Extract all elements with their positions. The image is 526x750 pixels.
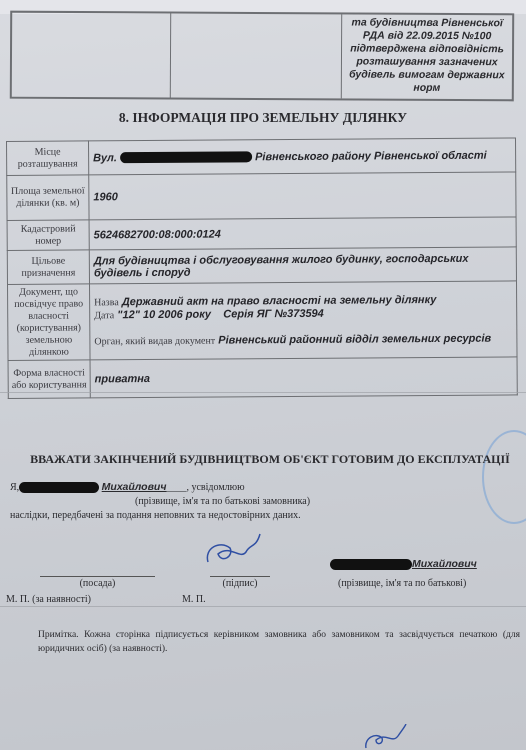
position-caption: (посада)	[40, 578, 155, 589]
location-value: Вул. Рівненського району Рівненської обл…	[89, 138, 516, 175]
purpose-value: Для будівництва і обслуговування жилого …	[89, 247, 516, 284]
street-prefix: Вул.	[93, 152, 117, 164]
fold-line	[0, 606, 526, 607]
table-row: Кадастровий номер 5624682700:08:000:0124	[7, 217, 516, 251]
stamp-left-caption: М. П. (за наявності)	[6, 594, 91, 605]
doc-name-label: Назва	[94, 297, 119, 308]
compliance-text: та будівництва Рівненської РДА від 22.09…	[342, 14, 512, 99]
table-row: Місце розташування Вул. Рівненського рай…	[7, 138, 516, 176]
declaration-heading: ВВАЖАТИ ЗАКІНЧЕНИЙ БУДІВНИЦТВОМ ОБ'ЄКТ Г…	[20, 452, 520, 467]
section-title: 8. ІНФОРМАЦІЯ ПРО ЗЕМЕЛЬНУ ДІЛЯНКУ	[0, 110, 526, 126]
decl-consequences: наслідки, передбачені за подання неповни…	[10, 510, 301, 521]
area-label: Площа земельної ділянки (кв. м)	[7, 175, 89, 221]
region-text: Рівненського району Рівненської області	[255, 149, 487, 163]
land-plot-table: Місце розташування Вул. Рівненського рай…	[6, 137, 518, 399]
table-row: Документ, що посвідчує право власності (…	[8, 281, 518, 361]
signer-name-caption: (прізвище, ім'я та по батькові)	[338, 578, 466, 589]
stamp-mid-caption: М. П.	[182, 594, 206, 605]
footnote: Примітка. Кожна сторінка підписується ке…	[38, 628, 520, 656]
signature-icon	[200, 530, 270, 574]
area-value: 1960	[89, 172, 516, 220]
decl-suffix: , усвідомлюю	[186, 482, 244, 493]
doc-name-value: Державний акт на право власності на земе…	[122, 293, 437, 307]
cadastral-value: 5624682700:08:000:0124	[89, 217, 516, 250]
purpose-label: Цільове призначення	[7, 250, 89, 285]
decl-name-caption: (прізвище, ім'я та по батькові замовника…	[10, 496, 310, 507]
signature-row: (посада) М. П. (за наявності) (підпис) М…	[0, 562, 526, 612]
cadastral-label: Кадастровий номер	[7, 220, 89, 251]
doc-issuer-label: Орган, який видав документ	[94, 335, 215, 347]
doc-series-value: Серія ЯГ №373594	[223, 307, 324, 320]
signature-icon	[360, 724, 410, 750]
empty-cell	[12, 13, 171, 98]
empty-cell	[171, 14, 342, 99]
document-label: Документ, що посвідчує право власності (…	[8, 284, 91, 361]
location-label: Місце розташування	[7, 141, 89, 176]
decl-prefix: Я,	[10, 482, 19, 493]
table-row: Цільове призначення Для будівництва і об…	[7, 247, 516, 285]
declaration-text: Я, Михайлович____, усвідомлюю (прізвище,…	[10, 480, 510, 523]
document-value: Назва Державний акт на право власності н…	[89, 281, 517, 360]
redacted-signer-name	[330, 559, 412, 570]
previous-section-table: та будівництва Рівненської РДА від 22.09…	[10, 11, 514, 102]
doc-issuer-value: Рівненський районний відділ земельних ре…	[218, 332, 491, 346]
fold-line	[0, 392, 526, 393]
decl-name: Михайлович	[102, 481, 167, 493]
signature-caption: (підпис)	[210, 578, 270, 589]
doc-date-label: Дата	[94, 310, 114, 321]
signer-name: Михайлович	[412, 558, 477, 570]
redacted-name	[19, 482, 99, 493]
table-row: Площа земельної ділянки (кв. м) 1960	[7, 172, 516, 221]
redacted-street	[120, 151, 252, 163]
doc-date-value: "12" 10 2006 року	[117, 308, 211, 321]
